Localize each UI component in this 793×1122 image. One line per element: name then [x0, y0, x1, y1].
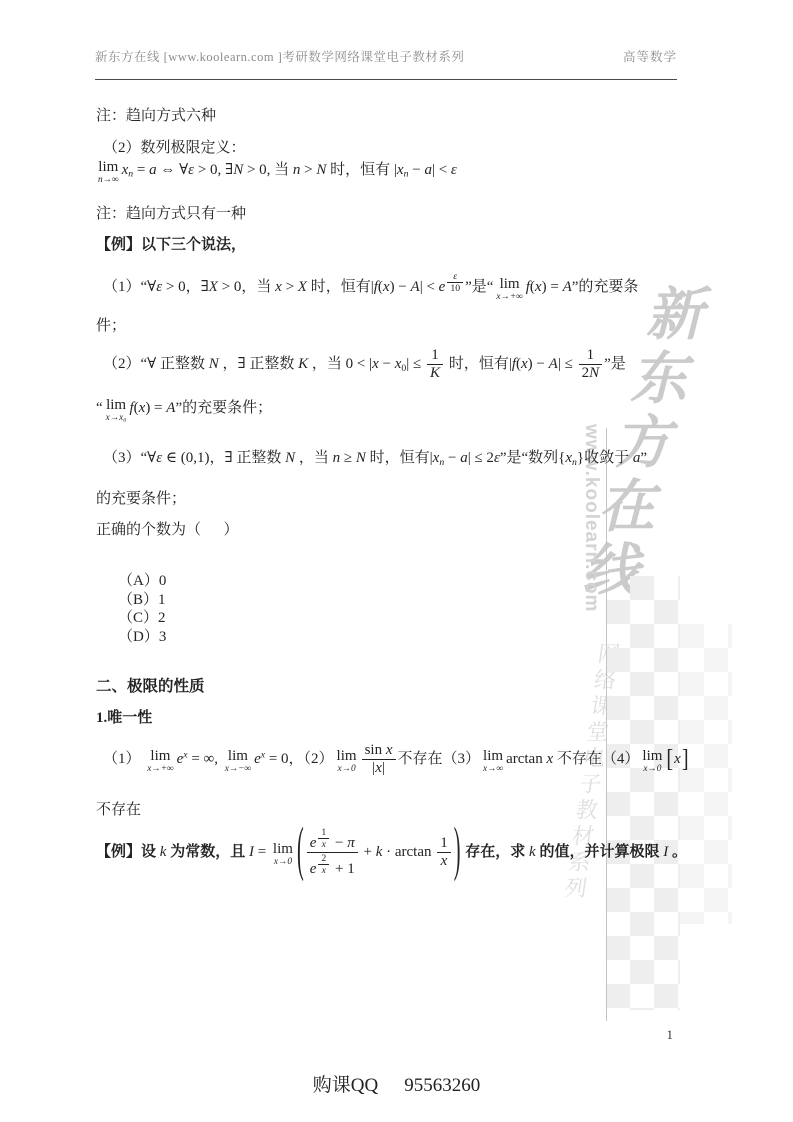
example1-intro: 【例】以下三个说法，: [96, 236, 246, 255]
example2-formula: 【例】设 k 为常数，且 I = limx→0(e1x − πe2x + 1 +…: [96, 827, 687, 878]
claim-1-formula: （1）“∀ε > 0，∃X > 0，当 x > X 时，恒有|f(x) − A|…: [103, 271, 638, 302]
option-b: （B）1: [118, 591, 166, 610]
watermark-char: 东: [612, 348, 714, 412]
option-c: （C）2: [118, 609, 166, 628]
header-rule: [95, 79, 677, 80]
page-number: 1: [667, 1027, 674, 1043]
purchase-qq-line: 购课QQ95563260: [0, 1070, 793, 1097]
watermark-vertical-line: [606, 428, 607, 1021]
question-line: 正确的个数为（ ）: [96, 521, 239, 540]
sub-heading: 1.唯一性: [96, 709, 152, 728]
claim-3-formula: （3）“∀ε ∈ (0,1)，∃ 正整数 N ，当 n ≥ N 时，恒有|xn …: [103, 449, 647, 469]
watermark-char: 新: [628, 284, 730, 348]
note-line-2: 注：趋向方式只有一种: [96, 205, 246, 224]
note-line-1: 注：趋向方式六种: [96, 107, 216, 126]
watermark-checker-pattern: [606, 576, 680, 1010]
sequence-limit-formula: limn→∞xn = a ⇔ ∀ε > 0, ∃N > 0, 当 n > N 时…: [95, 160, 457, 185]
qq-label: 购课QQ: [313, 1075, 378, 1096]
sequence-limit-def-label: （2）数列极限定义：: [103, 139, 246, 158]
claim-2-formula: （2）“∀ 正整数 N ，∃ 正整数 K ，当 0 < |x − x0| ≤ 1…: [103, 347, 626, 383]
qq-number: 95563260: [404, 1075, 480, 1096]
not-exist-continuation: 不存在: [96, 801, 141, 820]
header-brand-text: 新东方在线 [www.koolearn.com ]考研数学网络课堂电子教材系列: [95, 47, 464, 65]
claim-3-continuation: 的充要条件；: [96, 490, 186, 509]
document-page: 新东方在线 [www.koolearn.com ]考研数学网络课堂电子教材系列 …: [0, 0, 793, 1122]
claim-1-continuation: 件；: [96, 317, 126, 336]
claim-2-continuation: “limx→x₀f(x) = A”的充要条件；: [96, 398, 272, 423]
section-heading: 二、极限的性质: [96, 677, 205, 696]
uniqueness-examples-formula: （1） limx→+∞ex = ∞, limx→−∞ex = 0，（2）limx…: [103, 742, 690, 778]
option-a: （A）0: [118, 572, 166, 591]
header-subject-text: 高等数学: [623, 47, 677, 65]
answer-options-row: （A）0 （B）1 （C）2 （D）3: [103, 553, 203, 666]
option-d: （D）3: [118, 628, 166, 647]
